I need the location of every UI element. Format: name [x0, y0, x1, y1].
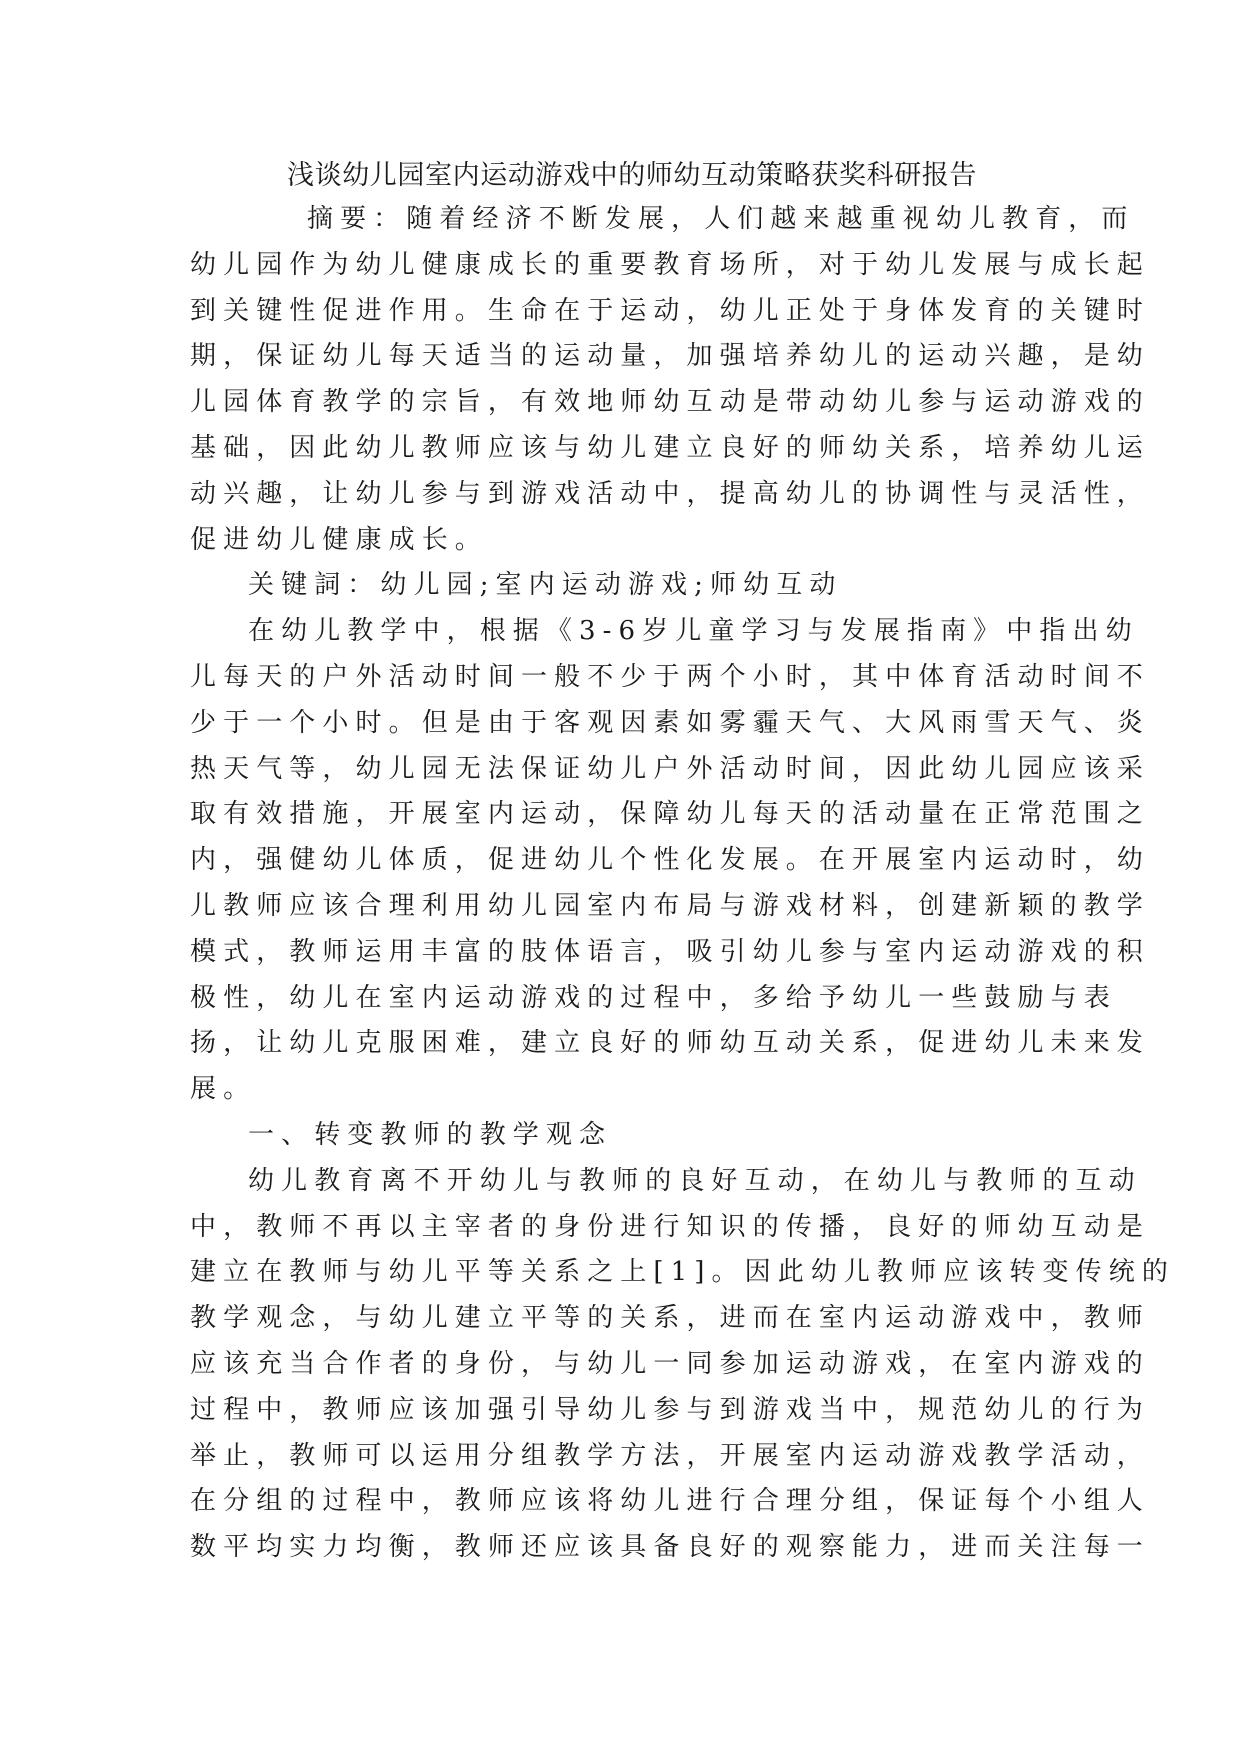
intro-paragraph-line: 少于一个小时。但是由于客观因素如雾霾天气、大风雨雪天气、炎	[190, 701, 1070, 747]
abstract-line: 促进幼儿健康成长。	[190, 518, 1070, 564]
intro-paragraph-line: 扬，让幼儿克服困难，建立良好的师幼互动关系，促进幼儿未来发	[190, 1021, 1070, 1067]
intro-paragraph-line: 儿教师应该合理利用幼儿园室内布局与游戏材料，创建新颖的教学	[190, 884, 1070, 930]
intro-paragraph-line: 内，强健幼儿体质，促进幼儿个性化发展。在开展室内运动时，幼	[190, 838, 1070, 884]
abstract-line: 儿园体育教学的宗旨，有效地师幼互动是带动幼儿参与运动游戏的	[190, 380, 1070, 426]
section-paragraph-line: 过程中，教师应该加强引导幼儿参与到游戏当中，规范幼儿的行为	[190, 1388, 1070, 1434]
abstract-line: 摘要：随着经济不断发展，人们越来越重视幼儿教育，而	[190, 197, 1070, 243]
intro-paragraph-line: 模式，教师运用丰富的肢体语言，吸引幼儿参与室内运动游戏的积	[190, 930, 1070, 976]
intro-paragraph-line: 在幼儿教学中，根据《3-6岁儿童学习与发展指南》中指出幼	[190, 609, 1070, 655]
abstract-line: 期，保证幼儿每天适当的运动量，加强培养幼儿的运动兴趣，是幼	[190, 334, 1070, 380]
intro-paragraph-line: 热天气等，幼儿园无法保证幼儿户外活动时间，因此幼儿园应该采	[190, 747, 1070, 793]
document-body: 摘要：随着经济不断发展，人们越来越重视幼儿教育，而 幼儿园作为幼儿健康成长的重要…	[190, 197, 1070, 1571]
intro-paragraph-line: 取有效措施，开展室内运动，保障幼儿每天的活动量在正常范围之	[190, 792, 1070, 838]
section-paragraph-line: 在分组的过程中，教师应该将幼儿进行合理分组，保证每个小组人	[190, 1479, 1070, 1525]
abstract-line: 动兴趣，让幼儿参与到游戏活动中，提高幼儿的协调性与灵活性，	[190, 472, 1070, 518]
keywords: 关键詞：幼儿园;室内运动游戏;师幼互动	[190, 563, 1070, 609]
abstract-line: 到关键性促进作用。生命在于运动，幼儿正处于身体发育的关键时	[190, 289, 1070, 335]
abstract-line: 幼儿园作为幼儿健康成长的重要教育场所，对于幼儿发展与成长起	[190, 243, 1070, 289]
section-paragraph-line: 中，教师不再以主宰者的身份进行知识的传播，良好的师幼互动是	[190, 1205, 1070, 1251]
section-paragraph-line: 举止，教师可以运用分组教学方法，开展室内运动游戏教学活动，	[190, 1434, 1070, 1480]
document-title: 浅谈幼儿园室内运动游戏中的师幼互动策略获奖科研报告	[287, 158, 1027, 194]
section-paragraph-line: 幼儿教育离不开幼儿与教师的良好互动，在幼儿与教师的互动	[190, 1159, 1070, 1205]
section-paragraph-line: 建立在教师与幼儿平等关系之上[1]。因此幼儿教师应该转变传统的	[190, 1250, 1070, 1296]
abstract-line: 基础，因此幼儿教师应该与幼儿建立良好的师幼关系，培养幼儿运	[190, 426, 1070, 472]
section-paragraph-line: 教学观念，与幼儿建立平等的关系，进而在室内运动游戏中，教师	[190, 1296, 1070, 1342]
intro-paragraph-line: 展。	[190, 1067, 1070, 1113]
section-heading: 一、转变教师的教学观念	[190, 1113, 1070, 1159]
section-paragraph-line: 数平均实力均衡，教师还应该具备良好的观察能力，进而关注每一	[190, 1525, 1070, 1571]
intro-paragraph-line: 儿每天的户外活动时间一般不少于两个小时，其中体育活动时间不	[190, 655, 1070, 701]
intro-paragraph-line: 极性，幼儿在室内运动游戏的过程中，多给予幼儿一些鼓励与表	[190, 976, 1070, 1022]
section-paragraph-line: 应该充当合作者的身份，与幼儿一同参加运动游戏，在室内游戏的	[190, 1342, 1070, 1388]
